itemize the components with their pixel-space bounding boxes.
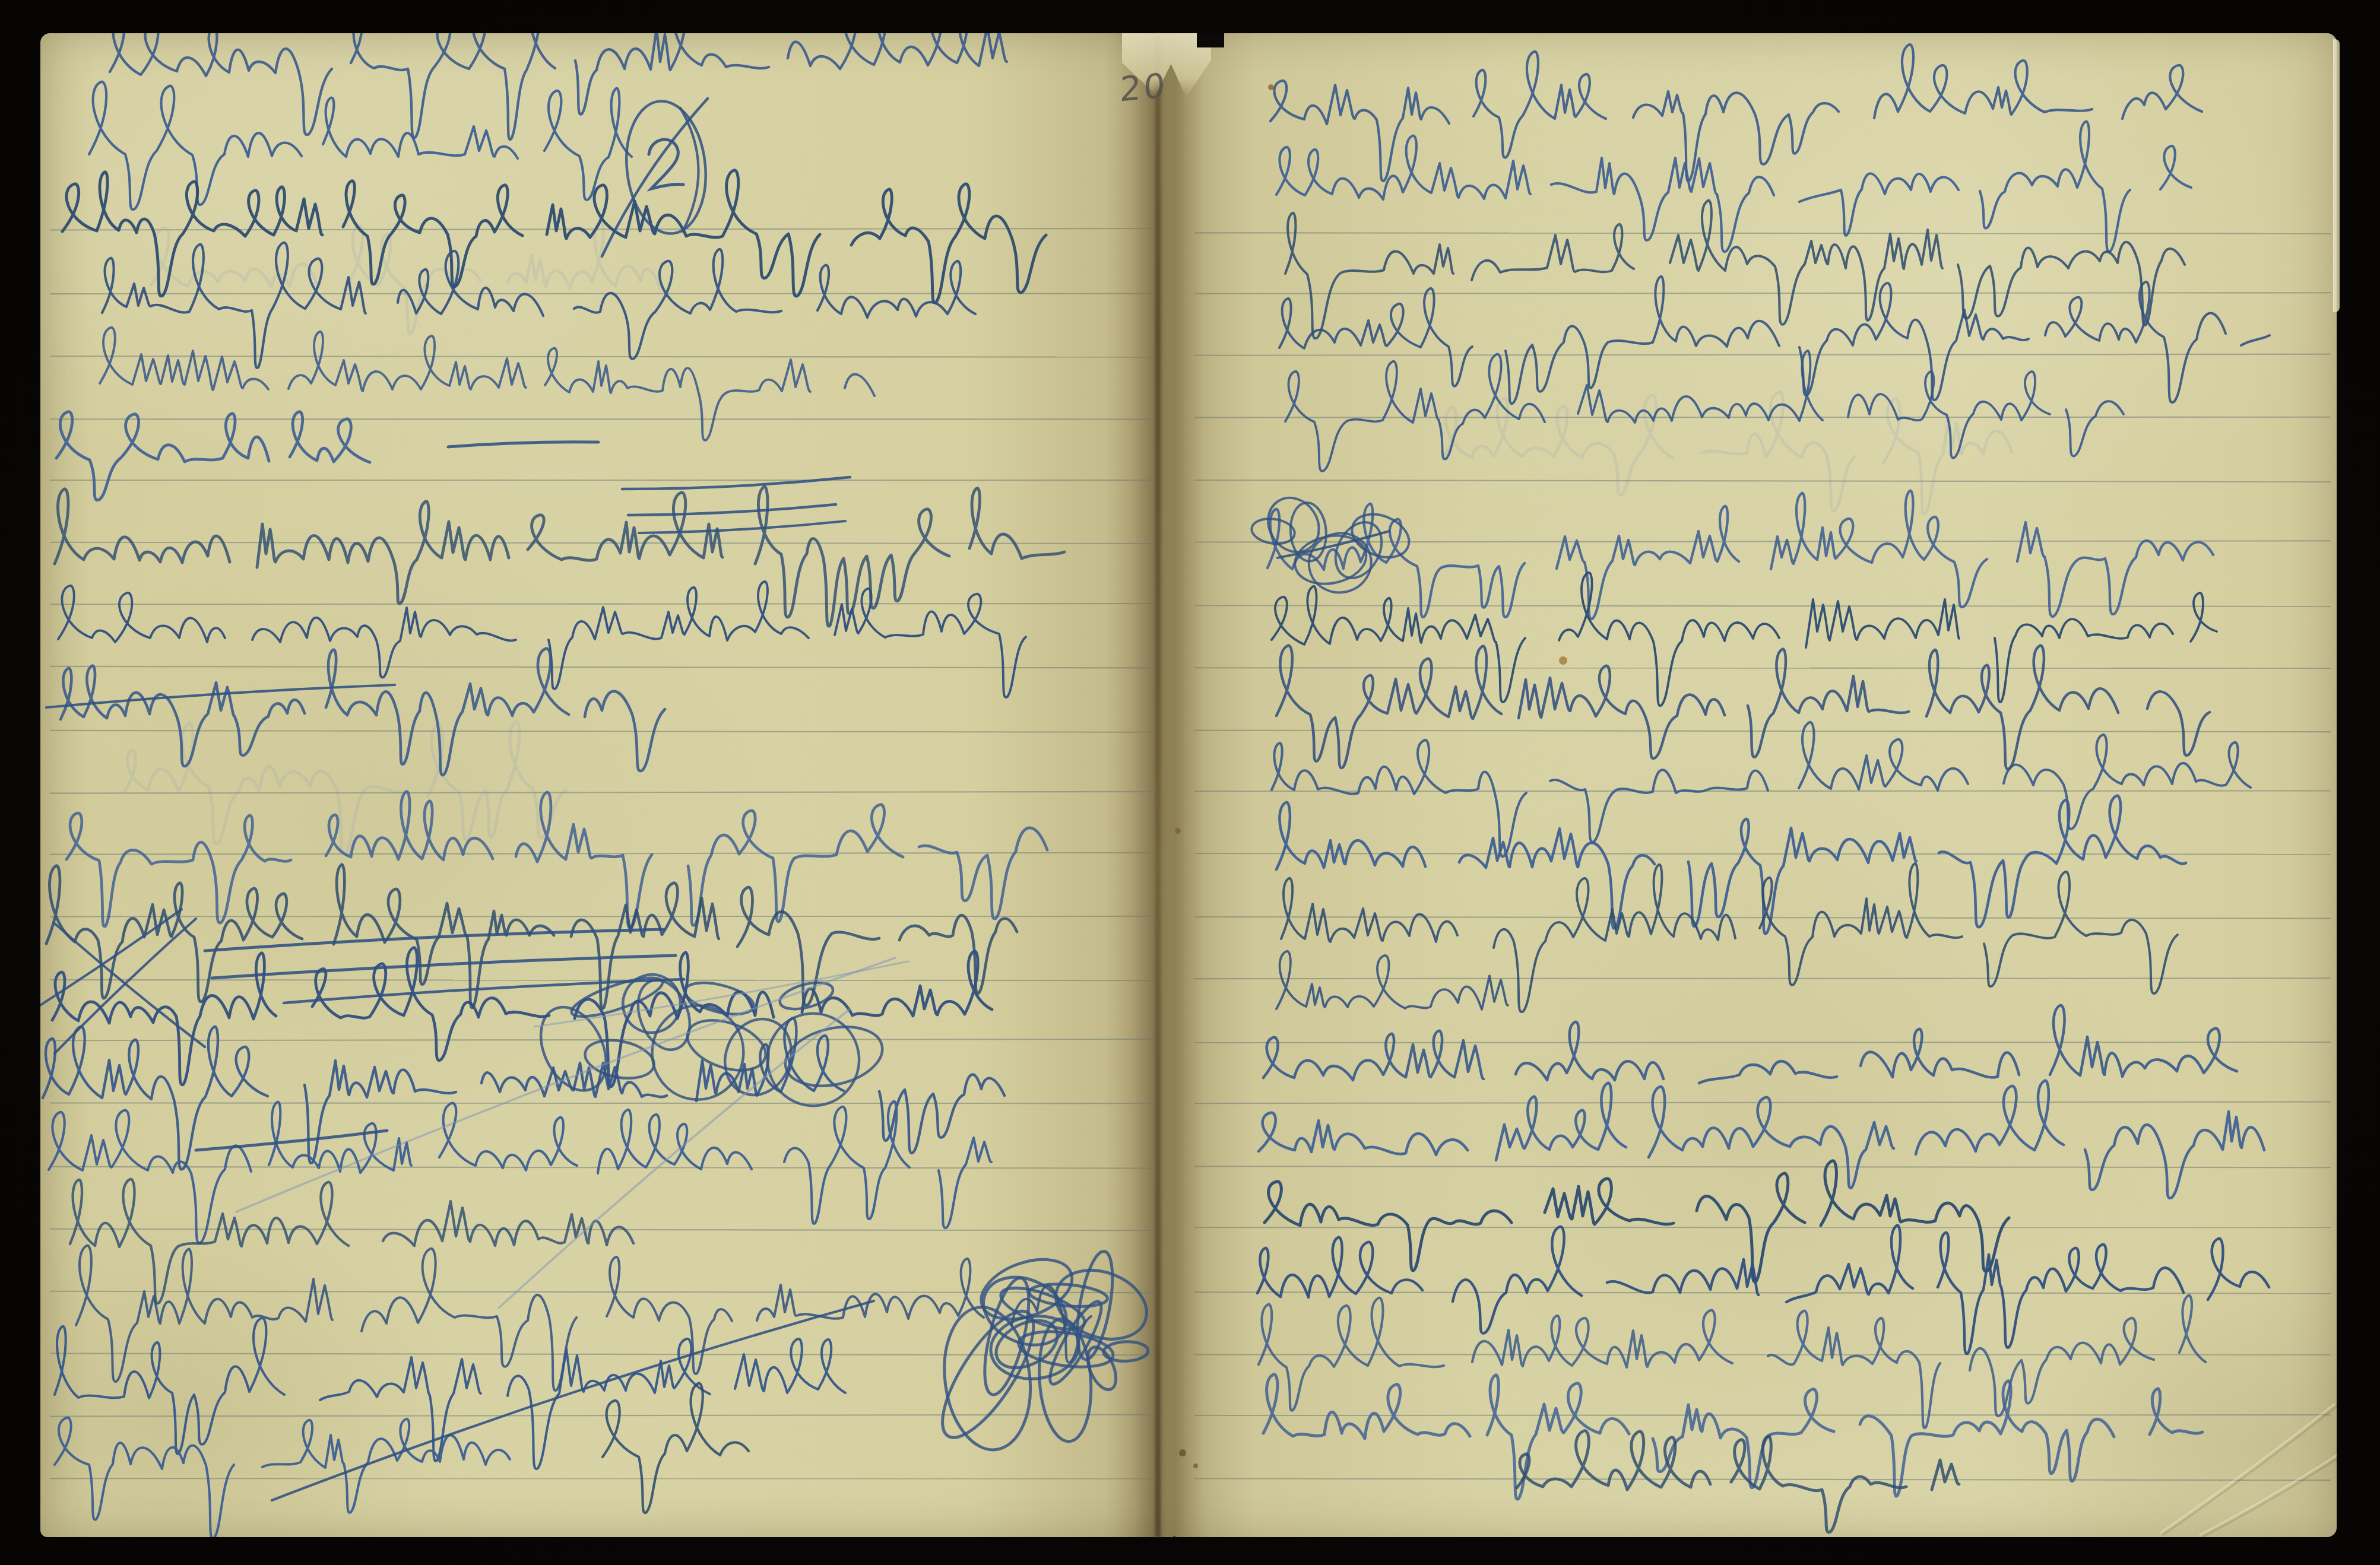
- notebook-spread: 20: [40, 33, 2337, 1537]
- handwriting-ink-layer: [0, 0, 2380, 1565]
- scan-background: 20: [0, 0, 2380, 1565]
